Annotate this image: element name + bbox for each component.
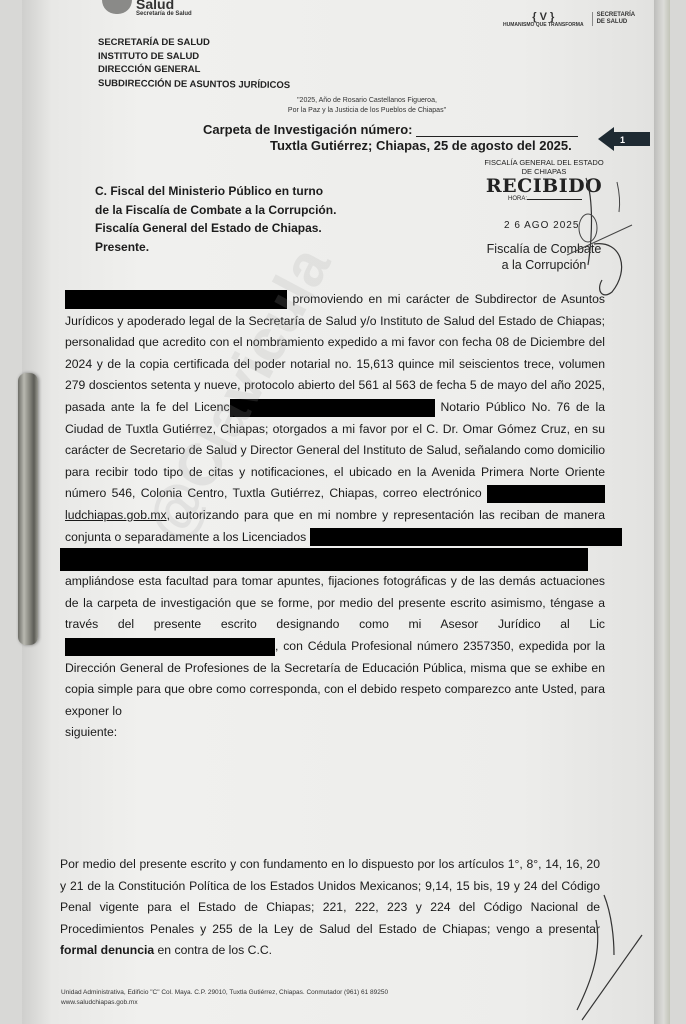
carpeta-number: Carpeta de Investigación número: (203, 122, 578, 137)
addressee: C. Fiscal del Ministerio Público en turn… (95, 182, 336, 256)
page-stack-edge (654, 0, 670, 1024)
binder-clip (18, 373, 38, 645)
document-page: Salud Secretaría de Salud SECRETARÍA DE … (22, 0, 670, 1024)
secretaria-logo: { V } HUMANISMO QUE TRANSFORMA SECRETARÍ… (503, 12, 635, 28)
redaction-block (65, 638, 275, 656)
carpeta-blank-line (416, 124, 578, 137)
email-suffix: ludchiapas.gob.mx (65, 508, 167, 522)
hands-logo-icon: { V } HUMANISMO QUE TRANSFORMA (503, 12, 584, 28)
paragraph-representation: promoviendo en mi carácter de Subdirecto… (65, 289, 605, 744)
redaction-block (65, 290, 287, 309)
redaction-block (60, 548, 588, 571)
salud-logo: Salud Secretaría de Salud (102, 0, 174, 16)
page-footer: Unidad Administrativa, Edificio "C" Col.… (61, 988, 388, 1008)
redaction-block (230, 399, 435, 417)
seal-icon (102, 0, 132, 14)
paragraph-legal-basis: Por medio del presente escrito y con fun… (60, 854, 600, 962)
received-stamp: FISCALÍA GENERAL DEL ESTADO DE CHIAPAS R… (474, 158, 614, 273)
svg-text:1: 1 (620, 135, 625, 145)
redaction-block (310, 528, 622, 546)
year-motto: "2025, Año de Rosario Castellanos Figuer… (252, 96, 482, 116)
place-date: Tuxtla Gutiérrez; Chiapas, 25 de agosto … (270, 138, 572, 153)
organization-header: SECRETARÍA DE SALUD INSTITUTO DE SALUD D… (98, 36, 290, 90)
redaction-block (487, 485, 605, 503)
tab-arrow-icon: 1 (598, 127, 650, 151)
